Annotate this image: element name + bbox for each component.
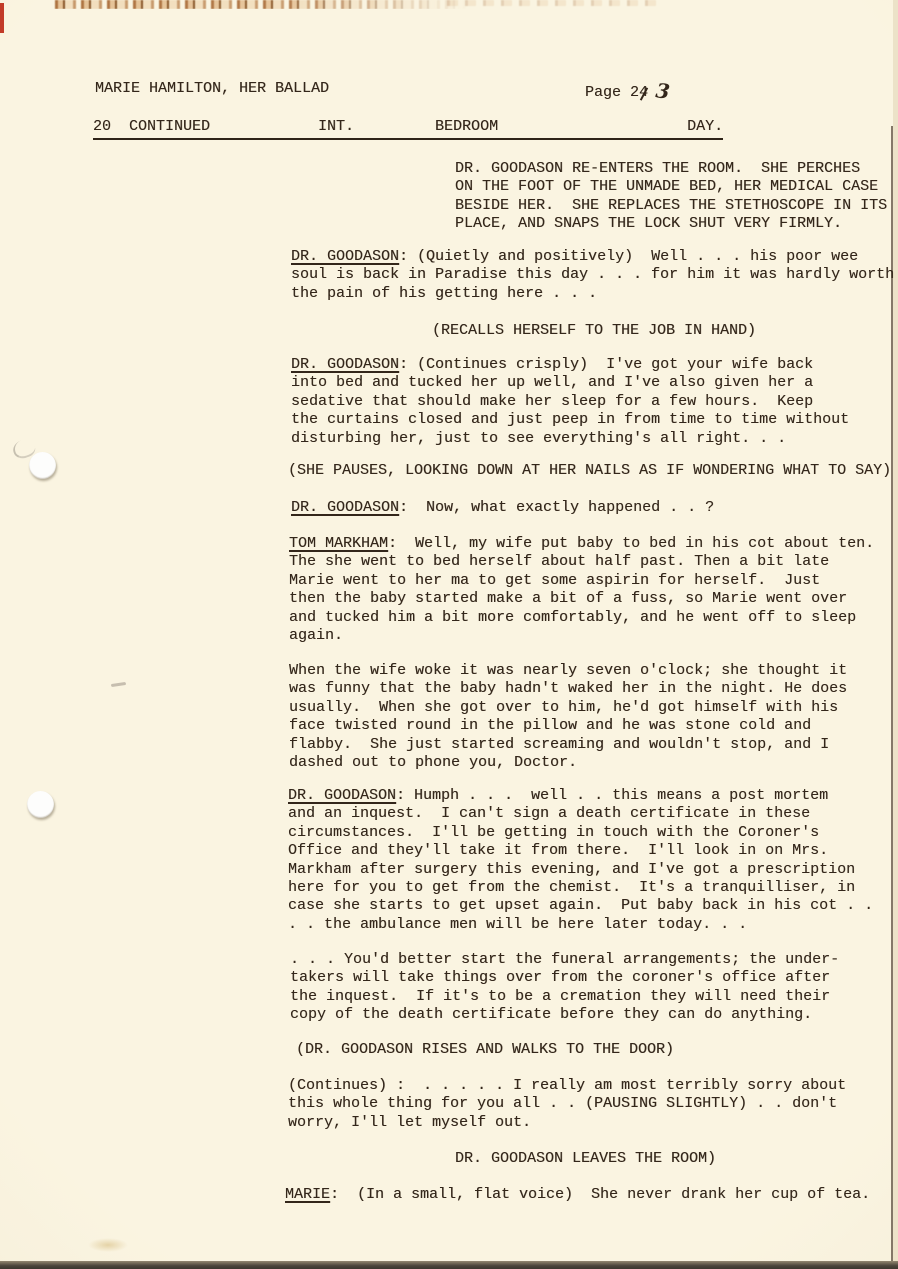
paper-stain bbox=[88, 1238, 128, 1252]
parenthetical-direction: (RECALLS HERSELF TO THE JOB IN HAND) bbox=[432, 322, 756, 340]
script-title: MARIE HAMILTON, HER BALLAD bbox=[95, 80, 329, 98]
block-text: : Now, what exactly happened . . ? bbox=[399, 499, 714, 516]
block-text: (SHE PAUSES, LOOKING DOWN AT HER NAILS A… bbox=[288, 462, 891, 479]
page-number: Page 243 bbox=[585, 80, 670, 102]
block-text: : Humph . . . well . . this means a post… bbox=[288, 787, 873, 933]
block-text: When the wife woke it was nearly seven o… bbox=[289, 662, 847, 771]
script-page: MARIE HAMILTON, HER BALLAD Page 243 20 C… bbox=[0, 0, 898, 1269]
punch-hole-bottom bbox=[27, 791, 54, 818]
character-name: DR. GOODASON bbox=[291, 248, 399, 265]
scan-bottom-edge bbox=[0, 1261, 898, 1269]
pencil-dash-mark bbox=[111, 682, 126, 687]
stage-direction: (DR. GOODASON RISES AND WALKS TO THE DOO… bbox=[296, 1041, 674, 1059]
red-edge-mark bbox=[0, 3, 4, 33]
scene-heading: 20 CONTINUED INT. BEDROOM DAY. bbox=[93, 118, 723, 140]
stage-direction: (SHE PAUSES, LOOKING DOWN AT HER NAILS A… bbox=[288, 462, 891, 480]
scan-right-strip bbox=[893, 0, 898, 1269]
page-number-label: Page 2 bbox=[585, 84, 639, 101]
character-name: DR. GOODASON bbox=[288, 787, 396, 804]
block-text: (Continues) : . . . . . I really am most… bbox=[288, 1077, 846, 1131]
block-text: (RECALLS HERSELF TO THE JOB IN HAND) bbox=[432, 322, 756, 339]
dialogue-block: When the wife woke it was nearly seven o… bbox=[289, 662, 847, 772]
block-text: (DR. GOODASON RISES AND WALKS TO THE DOO… bbox=[296, 1041, 674, 1058]
tape-residue-streaks-faint bbox=[440, 0, 660, 6]
block-text: : (In a small, flat voice) She never dra… bbox=[330, 1186, 870, 1203]
dialogue-block: DR. GOODASON: (Quietly and positively) W… bbox=[291, 248, 894, 303]
stage-direction: DR. GOODASON LEAVES THE ROOM) bbox=[455, 1150, 716, 1168]
character-name: TOM MARKHAM bbox=[289, 535, 388, 552]
stage-direction: DR. GOODASON RE-ENTERS THE ROOM. SHE PER… bbox=[455, 160, 887, 234]
dialogue-block: TOM MARKHAM: Well, my wife put baby to b… bbox=[289, 535, 874, 645]
page-number-struck-digit: 4 bbox=[639, 84, 648, 102]
block-text: . . . You'd better start the funeral arr… bbox=[290, 951, 839, 1023]
dialogue-block: . . . You'd better start the funeral arr… bbox=[290, 951, 839, 1025]
punch-hole-top bbox=[29, 452, 56, 479]
block-text: DR. GOODASON RE-ENTERS THE ROOM. SHE PER… bbox=[455, 160, 887, 232]
dialogue-block: DR. GOODASON: (Continues crisply) I've g… bbox=[291, 356, 849, 448]
character-name: DR. GOODASON bbox=[291, 499, 399, 516]
dialogue-block: DR. GOODASON: Now, what exactly happened… bbox=[291, 499, 714, 517]
dialogue-block: (Continues) : . . . . . I really am most… bbox=[288, 1077, 846, 1132]
tape-residue-streaks bbox=[50, 0, 470, 9]
page-number-handwritten-digit: 3 bbox=[655, 81, 671, 101]
dialogue-block: DR. GOODASON: Humph . . . well . . this … bbox=[288, 787, 873, 934]
block-text: DR. GOODASON LEAVES THE ROOM) bbox=[455, 1150, 716, 1167]
character-name: DR. GOODASON bbox=[291, 356, 399, 373]
character-name: MARIE bbox=[285, 1186, 330, 1203]
dialogue-block: MARIE: (In a small, flat voice) She neve… bbox=[285, 1186, 870, 1204]
